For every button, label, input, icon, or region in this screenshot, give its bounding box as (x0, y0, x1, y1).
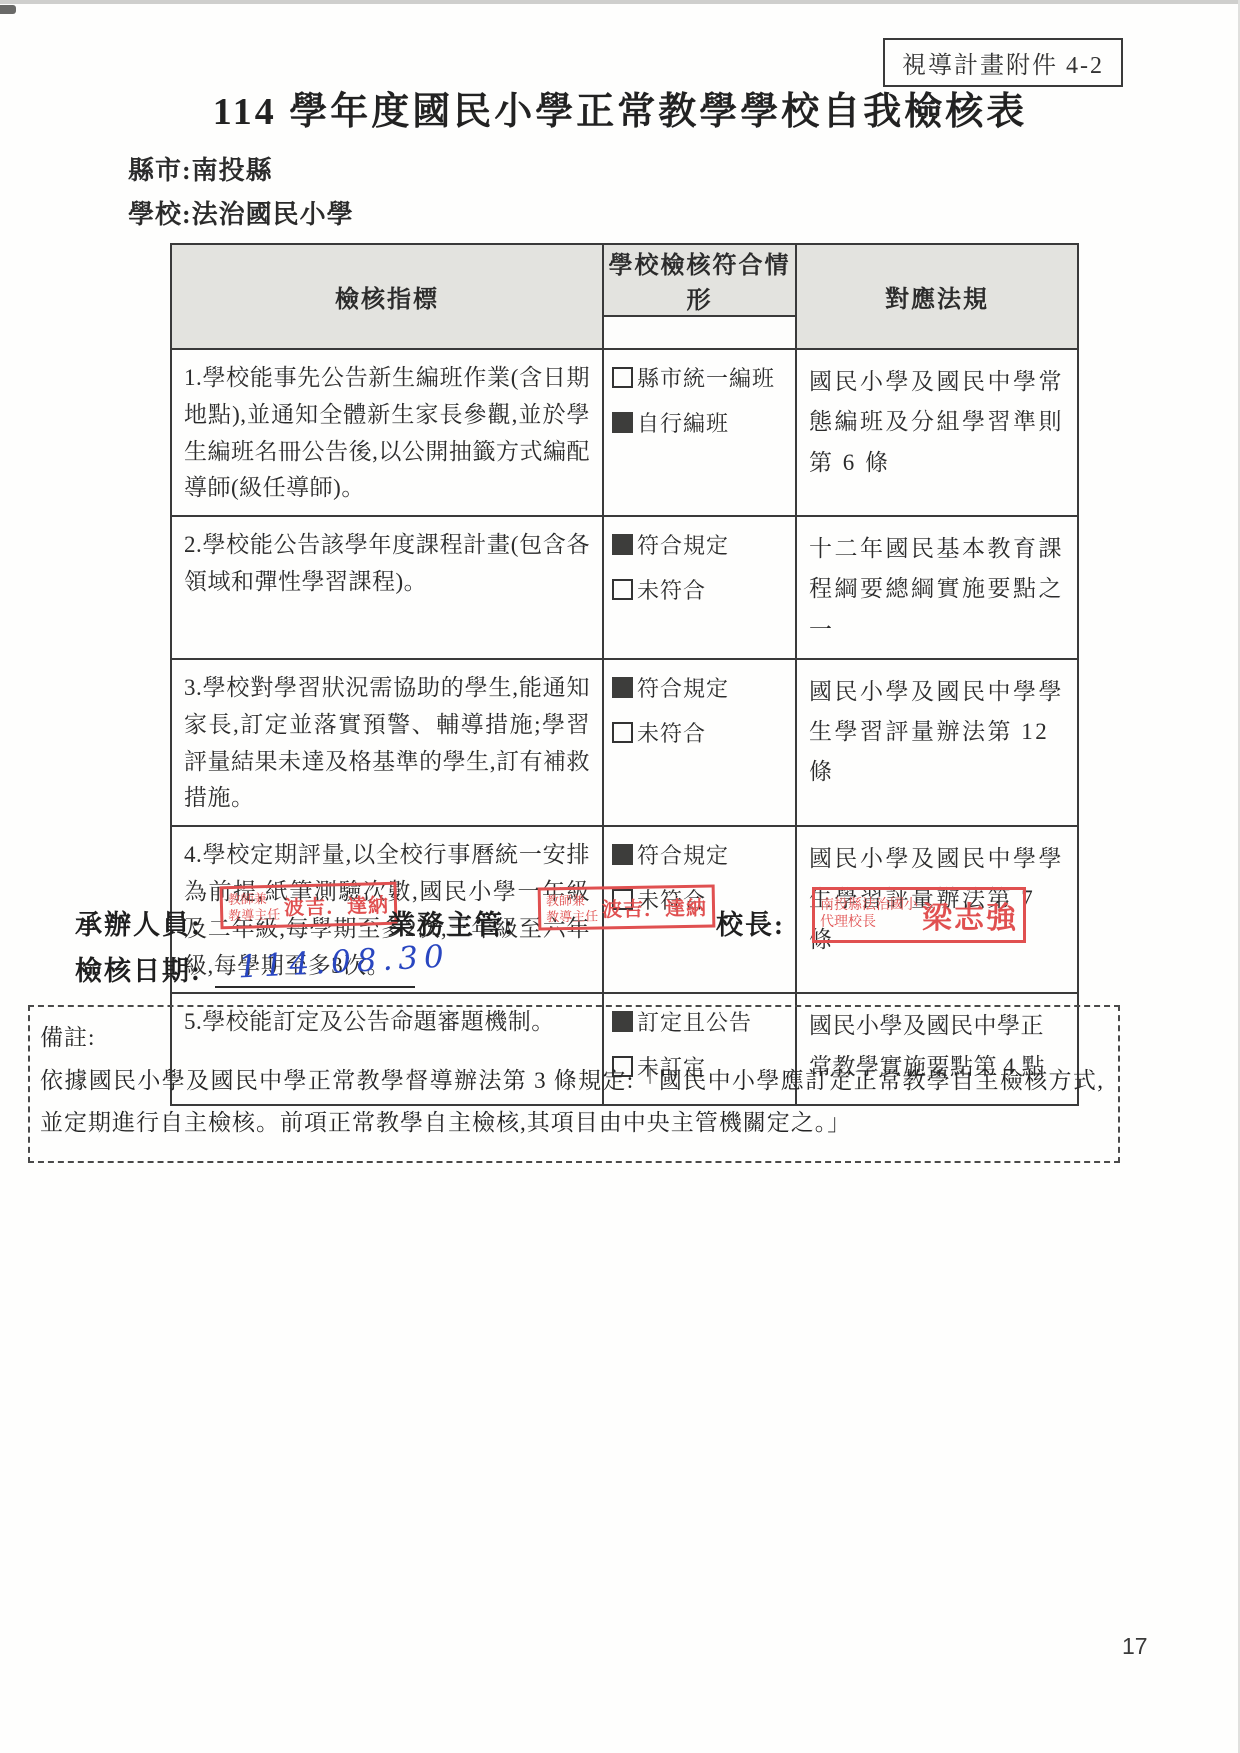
stamp-title-line: 教導主任 (546, 908, 598, 924)
scan-corner-artifact (0, 5, 16, 14)
indicator-cell: 3.學校對學習狀況需協助的學生,能通知家長,訂定並落實預警、輔導措施;學習評量結… (171, 659, 603, 826)
county-label: 縣市:南投縣 (128, 150, 273, 187)
checkbox-icon (612, 579, 633, 600)
option-label: 未符合 (637, 574, 706, 605)
stamp-title-line: 教導主任 (228, 906, 280, 923)
option-label: 自行編班 (637, 407, 729, 438)
option: 符合規定 (612, 529, 789, 560)
handler-label: 承辦人員: (75, 903, 202, 942)
col-header-indicator: 檢核指標 (171, 244, 603, 349)
stamp-name: 波吉．達納 (602, 892, 707, 923)
manager-label: 業務主管: (388, 903, 515, 942)
stamp-name: 波吉．達納 (284, 889, 390, 921)
stamp-title-line: 教師兼 (546, 892, 598, 908)
page-number: 17 (1122, 1633, 1148, 1660)
col-header-compliance: 學校檢核符合情形 (603, 244, 796, 316)
date-underline (215, 986, 415, 988)
checkbox-icon (612, 412, 633, 433)
indicator-cell: 1.學校能事先公告新生編班作業(含日期地點),並通知全體新生家長參觀,並於學生編… (171, 349, 603, 516)
option-label: 未符合 (637, 717, 706, 748)
law-cell: 國民小學及國民中學學生學習評量辦法第 12 條 (796, 659, 1078, 826)
page-title: 114 學年度國民小學正常教學學校自我檢核表 (0, 80, 1240, 135)
col-header-compliance-sub (603, 316, 796, 349)
law-cell: 國民小學及國民中學常態編班及分組學習準則第 6 條 (796, 349, 1078, 516)
scan-edge-artifact (0, 0, 1240, 4)
option: 符合規定 (612, 839, 789, 870)
checkbox-icon (612, 677, 633, 698)
principal-stamp: 南投縣法治國小 代理校長 梁志強 (812, 887, 1026, 943)
stamp-title-line: 南投縣法治國小 (820, 898, 918, 915)
staff-stamp: 教師兼 教導主任 波吉．達納 (219, 882, 397, 930)
compliance-cell: 符合規定 未符合 (603, 659, 796, 826)
option-label: 符合規定 (637, 529, 729, 560)
checkbox-icon (612, 722, 633, 743)
table-row: 3.學校對學習狀況需協助的學生,能通知家長,訂定並落實預警、輔導措施;學習評量結… (171, 659, 1078, 826)
compliance-cell: 符合規定 未符合 (603, 516, 796, 659)
option: 符合規定 (612, 672, 789, 703)
notes-label: 備註: (40, 1017, 1104, 1060)
option: 自行編班 (612, 407, 789, 438)
notes-box: 備註: 依據國民小學及國民中學正常教學督導辦法第 3 條規定:「國民中小學應訂定… (28, 1005, 1120, 1163)
law-cell: 十二年國民基本教育課程綱要總綱實施要點之一 (796, 516, 1078, 659)
stamp-name: 梁志強 (922, 893, 1018, 937)
stamp-title-line: 教師兼 (228, 891, 280, 908)
manager-stamp: 教師兼 教導主任 波吉．達納 (538, 884, 716, 930)
option: 未符合 (612, 717, 789, 748)
stamp-title-line: 代理校長 (820, 915, 918, 932)
table-row: 2.學校能公告該學年度課程計畫(包含各領域和彈性學習課程)。 符合規定 未符合 … (171, 516, 1078, 659)
checkbox-icon (612, 844, 633, 865)
notes-text: 依據國民小學及國民中學正常教學督導辦法第 3 條規定:「國民中小學應訂定正常教學… (40, 1060, 1104, 1145)
check-date-label: 檢核日期: (75, 949, 202, 988)
col-header-law: 對應法規 (796, 244, 1078, 349)
option-label: 符合規定 (637, 839, 729, 870)
indicator-cell: 2.學校能公告該學年度課程計畫(包含各領域和彈性學習課程)。 (171, 516, 603, 659)
principal-label: 校長: (716, 903, 785, 942)
option-label: 縣市統一編班 (637, 362, 775, 393)
checkbox-icon (612, 367, 633, 388)
table-row: 1.學校能事先公告新生編班作業(含日期地點),並通知全體新生家長參觀,並於學生編… (171, 349, 1078, 516)
compliance-cell: 縣市統一編班 自行編班 (603, 349, 796, 516)
option-label: 符合規定 (637, 672, 729, 703)
checkbox-icon (612, 534, 633, 555)
document-page: 視導計畫附件 4-2 114 學年度國民小學正常教學學校自我檢核表 縣市:南投縣… (0, 0, 1240, 1753)
school-label: 學校:法治國民小學 (128, 194, 354, 231)
option: 縣市統一編班 (612, 362, 789, 393)
option: 未符合 (612, 574, 789, 605)
